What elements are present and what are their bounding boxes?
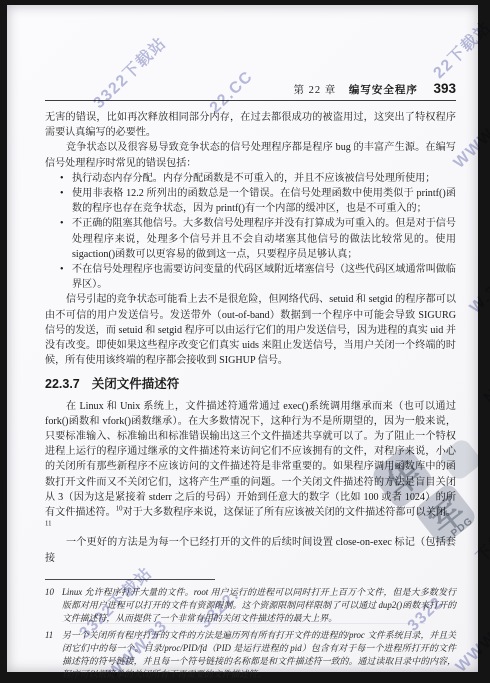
watermark-text: 下载站 bbox=[470, 514, 490, 567]
watermark-text: 22下载站 bbox=[427, 15, 490, 82]
paragraph-close-on-exec: 一个更好的方法是为每一个已经打开的文件的后续时间设置 close-on-exec… bbox=[45, 535, 456, 565]
header-rule bbox=[45, 100, 456, 101]
bullet-item: • 不在信号处理程序也需要访问变量的代码区域附近堵塞信号（这些代码区域通常叫做临… bbox=[60, 262, 456, 292]
footnote: 11 另一个关闭所有程序打开的文件的方法是遍历列有所有打开文件的进程的/proc… bbox=[45, 629, 456, 682]
section-number: 22.3.7 bbox=[45, 377, 80, 391]
watermark-text: N.3 bbox=[481, 374, 490, 407]
chapter-title: 编写安全程序 bbox=[349, 85, 418, 96]
section-title: 关闭文件描述符 bbox=[92, 377, 180, 391]
footnote-ref-10: 10 bbox=[116, 506, 123, 513]
section-heading: 22.3.7关闭文件描述符 bbox=[45, 377, 456, 392]
scanned-book-page: { "header": { "chapter": "第 22 章", "titl… bbox=[0, 0, 490, 683]
bullet-text: 使用非表格 12.2 所列出的函数总是一个错误。在信号处理函数中使用类似于 pr… bbox=[72, 188, 456, 214]
bullet-item: • 执行动态内存分配。内存分配函数是不可重入的，并且不应该被信号处理所使用； bbox=[60, 171, 456, 186]
footnote-ref-11: 11 bbox=[45, 521, 52, 528]
watermark-text: WWW.33 bbox=[451, 107, 490, 173]
paragraph-carryover: 无害的错误，比如再次释放相同部分内存，在过去都很成功的被盗用过，这突出了特权程序… bbox=[45, 110, 456, 140]
page: 第 22 章 编写安全程序 393 无害的错误，比如再次释放相同部分内存，在过去… bbox=[7, 5, 478, 672]
footnote: 10 Linux 允许程序打开大量的文件。root 用户运行的进程可以同时打开上… bbox=[45, 586, 456, 626]
paragraph-fd-inherit: 在 Linux 和 Unix 系统上，文件描述符通常通过 exec()系统调用继… bbox=[45, 399, 456, 536]
watermark-text: WWW.3 bbox=[453, 618, 490, 676]
footnote-separator bbox=[45, 579, 215, 580]
bullet-icon: • bbox=[60, 216, 64, 231]
paragraph-fd-inherit-text: 在 Linux 和 Unix 系统上，文件描述符通常通过 exec()系统调用继… bbox=[45, 401, 456, 518]
bullet-icon: • bbox=[60, 186, 64, 201]
bullet-item: • 不正确的阻塞其他信号。大多数信号处理程序并没有打算成为可重入的。但是对于信号… bbox=[60, 216, 456, 262]
body-text: 无害的错误，比如再次释放相同部分内存，在过去都很成功的被盗用过，这突出了特权程序… bbox=[45, 110, 456, 681]
bullet-text: 不在信号处理程序也需要访问变量的代码区域附近堵塞信号（这些代码区域通常叫做临界区… bbox=[72, 264, 456, 290]
watermark-text: W.3322 bbox=[467, 261, 490, 318]
bullet-icon: • bbox=[60, 171, 64, 186]
footnote-text: Linux 允许程序打开大量的文件。root 用户运行的进程可以同时打开上百万个… bbox=[62, 586, 456, 626]
page-content: 第 22 章 编写安全程序 393 无害的错误，比如再次释放相同部分内存，在过去… bbox=[45, 5, 456, 683]
bullet-item: • 使用非表格 12.2 所列出的函数总是一个错误。在信号处理函数中使用类似于 … bbox=[60, 186, 456, 216]
footnote-text: 另一个关闭所有程序打开的文件的方法是遍历列有所有打开文件的进程的/proc 文件… bbox=[62, 629, 456, 682]
page-header: 第 22 章 编写安全程序 393 bbox=[45, 81, 456, 97]
paragraph-race-conditions: 竞争状态以及很容易导致竞争状态的信号处理程序都是程序 bug 的丰富产生源。在编… bbox=[45, 140, 456, 170]
chapter-label: 第 22 章 bbox=[293, 85, 336, 96]
bullet-text: 执行动态内存分配。内存分配函数是不可重入的，并且不应该被信号处理所使用； bbox=[72, 173, 435, 184]
footnote-number: 10 bbox=[45, 586, 62, 626]
scan-artifact-line bbox=[70, 623, 425, 624]
paragraph-signal-risk: 信号引起的竞争状态可能看上去不是很危险，但网络代码、setuid 和 setgi… bbox=[45, 292, 456, 368]
paragraph-fd-close-text: 对于大多数程序来说，这保证了所有应该被关闭的文件描述符都可以关闭。 bbox=[123, 507, 456, 518]
bullet-text: 不正确的阻塞其他信号。大多数信号处理程序并没有打算成为可重入的。但是对于信号处理… bbox=[72, 218, 456, 259]
page-number: 393 bbox=[433, 81, 456, 96]
footnote-number: 11 bbox=[45, 629, 62, 682]
bullet-list: • 执行动态内存分配。内存分配函数是不可重入的，并且不应该被信号处理所使用； •… bbox=[45, 171, 456, 293]
bullet-icon: • bbox=[60, 262, 64, 277]
